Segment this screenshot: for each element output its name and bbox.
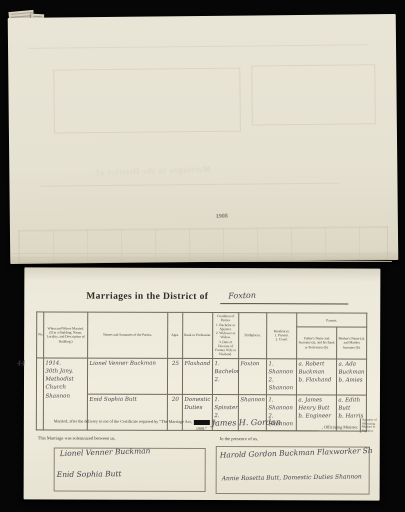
- cell-bride-name: Enid Sophia Butt: [87, 394, 167, 430]
- margin-side-note: Signature of Officiating Minister or Reg…: [360, 419, 384, 433]
- solemnized-label: This Marriage was solemnized between us,: [38, 435, 116, 440]
- stacked-page-edges: [12, 250, 392, 266]
- officiating-minister-signature: James H. Gordon: [212, 418, 281, 428]
- cell-no: [36, 357, 43, 429]
- cell-groom-residences: 1. Shannon 2. Shannon: [266, 358, 296, 394]
- col-header-mother: Mother's Name (a), and Maiden Surname (b…: [337, 327, 367, 358]
- ghost-signature-box: [53, 68, 241, 134]
- cell-bride-rank: Domestic Duties: [182, 394, 212, 430]
- table-row-groom: 1914. 30th Jany. Methodist Church Shanno…: [36, 357, 366, 394]
- bleedthrough-text: Marriages in the District of: [95, 164, 210, 177]
- cell-groom-name: Lionel Venner Buckman: [87, 358, 167, 394]
- redaction-stamp: [194, 420, 210, 425]
- ghost-signature-box: [251, 64, 376, 125]
- col-header-father: Father's Name and Surname (a), and his R…: [297, 327, 337, 358]
- col-header-rank: Rank or Profession.: [183, 312, 213, 358]
- entry-number: 44: [17, 359, 25, 367]
- married-statement-text: Married, after the delivery to me of the…: [54, 418, 192, 423]
- cell-groom-mother: a. Ada Buckman b. Amies: [336, 358, 366, 394]
- cell-groom-age: 25: [167, 358, 182, 394]
- cell-groom-father: a. Robert Buckman b. Flaxhand: [296, 358, 336, 394]
- district-name-handwritten: Foxton: [228, 291, 256, 301]
- col-header-names: Names and Surnames of the Parties.: [88, 312, 168, 358]
- col-header-birthplaces: Birthplaces.: [239, 313, 267, 359]
- page-title: Marriages in the District of: [86, 292, 208, 302]
- cell-groom-condition: 1. Bachelor 2.: [212, 358, 238, 394]
- ghost-stamp: 1908: [216, 214, 228, 221]
- col-header-parents: Parents.: [297, 313, 367, 328]
- photo-of-register-book: Marriages in the District of 1908 Marria…: [0, 0, 405, 512]
- blank-reverse-page: Marriages in the District of 1908: [8, 14, 399, 264]
- cell-groom-birthplace: Foxton: [238, 358, 266, 394]
- col-header-residences: Residences. 1. Present. 2. Usual.: [267, 313, 297, 359]
- col-header-ages: Ages.: [168, 312, 183, 358]
- header-row: No. When and Where Married. (If in a Bui…: [37, 312, 367, 327]
- col-header-condition: Condition of Parties. 1. Bachelor or Spi…: [213, 313, 239, 359]
- bride-signature: Enid Sophia Butt: [57, 469, 122, 479]
- ghost-rule: [28, 44, 368, 49]
- marriage-register-page: Marriages in the District of Foxton 44 N…: [24, 267, 381, 500]
- ghost-rule: [39, 183, 339, 187]
- act-year: 1908.”: [196, 426, 207, 431]
- cell-bride-age: 20: [167, 394, 182, 430]
- district-underline: [220, 303, 348, 304]
- minister-signature-line: [209, 430, 319, 431]
- presence-label: In the presence of us,: [220, 436, 258, 441]
- officiating-minister-label: , Officiating Minister.: [322, 424, 358, 429]
- col-header-when-where: When and Where Married. (If in a Buildin…: [44, 312, 88, 358]
- marriage-register-table: No. When and Where Married. (If in a Bui…: [36, 311, 367, 431]
- cell-groom-rank: Flaxhand: [182, 358, 212, 394]
